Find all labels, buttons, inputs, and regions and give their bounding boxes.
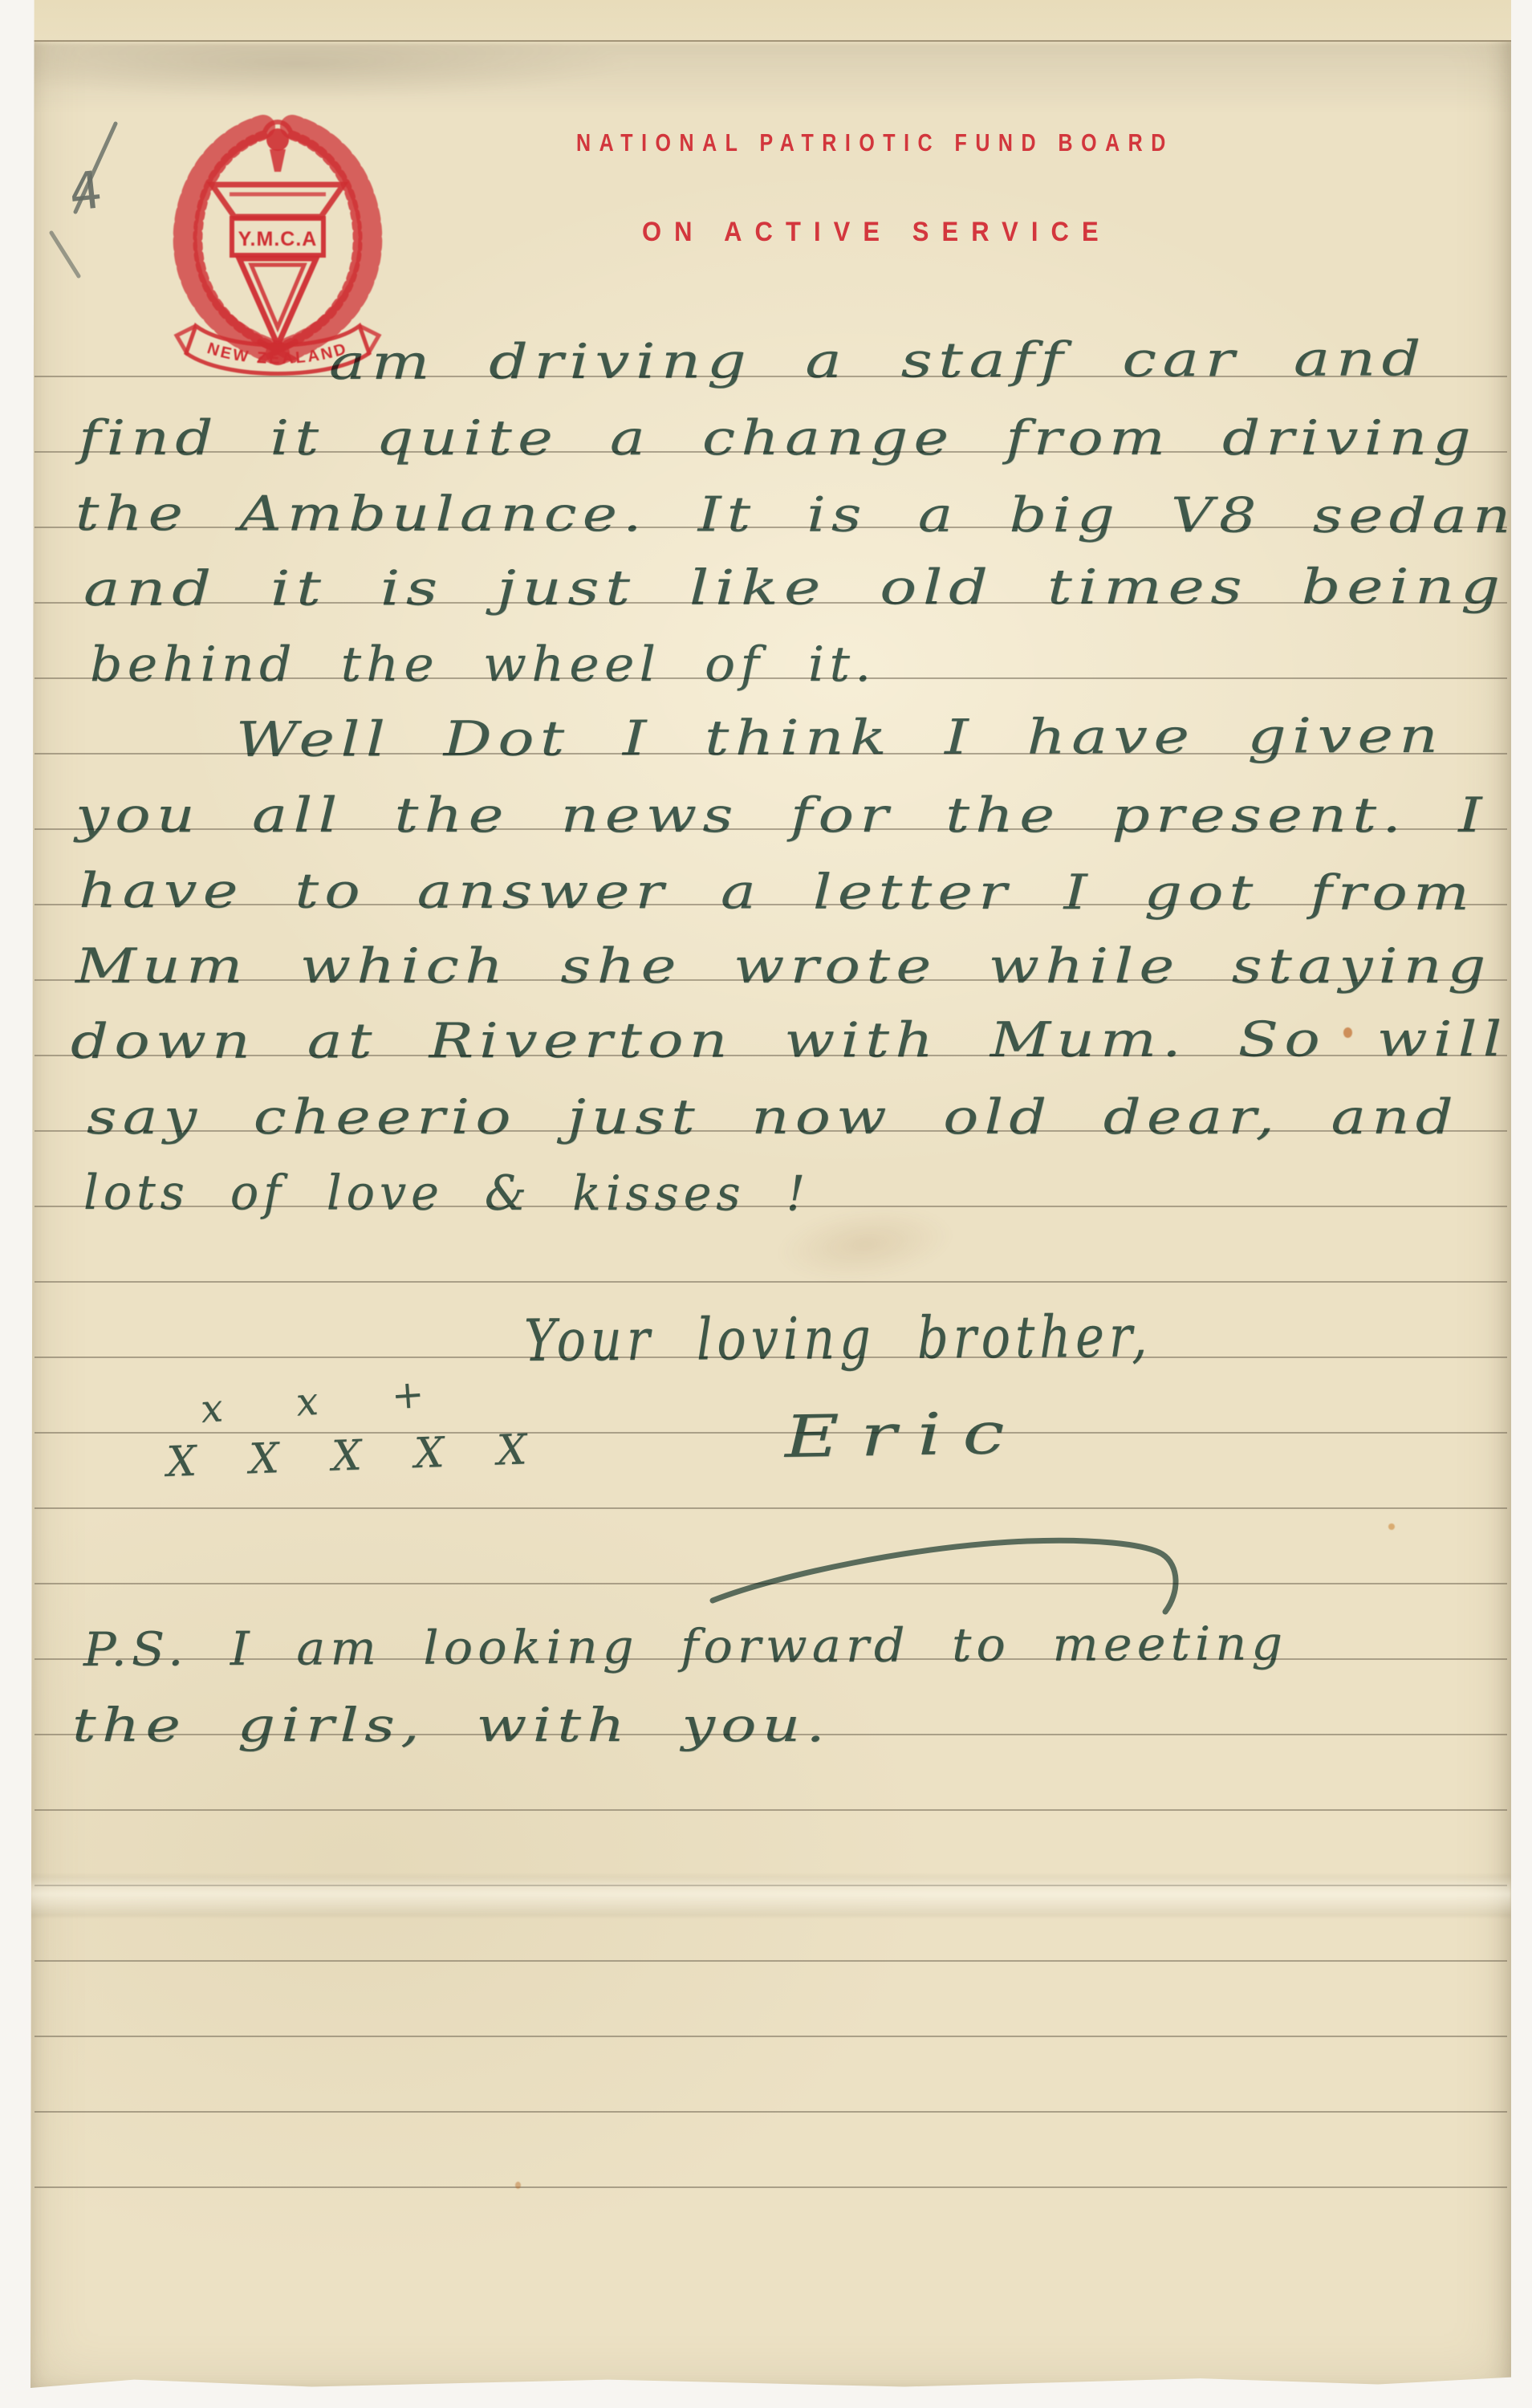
scanned-letter-page: NATIONAL PATRIOTIC FUND BOARD ON ACTIVE …: [0, 0, 1532, 2408]
handwriting-line-7: you all the news for the present. I: [75, 791, 1488, 840]
handwriting-line-5: behind the wheel of it.: [90, 641, 876, 689]
handwriting-line-11: say cheerio just now old dear, and: [87, 1093, 1459, 1141]
letterhead-line-1: NATIONAL PATRIOTIC FUND BOARD: [576, 130, 1174, 155]
fold-crease: [30, 1875, 1511, 1917]
kisses-row-large: X X X X X: [166, 1430, 532, 1484]
signature-eric: Eric: [784, 1404, 1026, 1466]
binding-shadow: [30, 43, 1511, 112]
handwriting-line-12: lots of love & kisses !: [83, 1169, 810, 1218]
rust-speck: [1388, 1523, 1395, 1530]
rust-speck: [515, 2182, 521, 2189]
handwriting-line-6: Well Dot I think I have given: [236, 712, 1444, 764]
handwriting-line-2: find it quite a change from driving: [79, 414, 1477, 462]
handwriting-line-3: the Ambulance. It is a big V8 sedan: [75, 490, 1516, 540]
handwriting-line-9: Mum which she wrote while staying: [75, 942, 1491, 990]
handwriting-line-1: am driving a staff car and: [329, 335, 1427, 387]
paper-sheet: NATIONAL PATRIOTIC FUND BOARD ON ACTIVE …: [30, 0, 1511, 2390]
postscript-line-2: the girls, with you.: [72, 1702, 831, 1748]
handwriting-line-10: down at Riverton with Mum. So will: [71, 1015, 1508, 1066]
crest-ymca-label: Y.M.C.A: [238, 228, 318, 250]
signature-flourish: [706, 1517, 1204, 1629]
closing-line: Your loving brother,: [524, 1308, 1152, 1369]
handwriting-line-4: and it is just like old times being: [83, 563, 1506, 613]
letterhead-line-2: ON ACTIVE SERVICE: [642, 218, 1111, 246]
postscript-line-1: P.S. I am looking forward to meeting: [83, 1620, 1287, 1673]
page-number-text: 4: [67, 161, 105, 223]
handwriting-line-8: have to answer a letter I got from: [79, 867, 1475, 917]
pencil-page-number: 4: [47, 117, 136, 281]
pad-top-edge: [30, 0, 1511, 42]
